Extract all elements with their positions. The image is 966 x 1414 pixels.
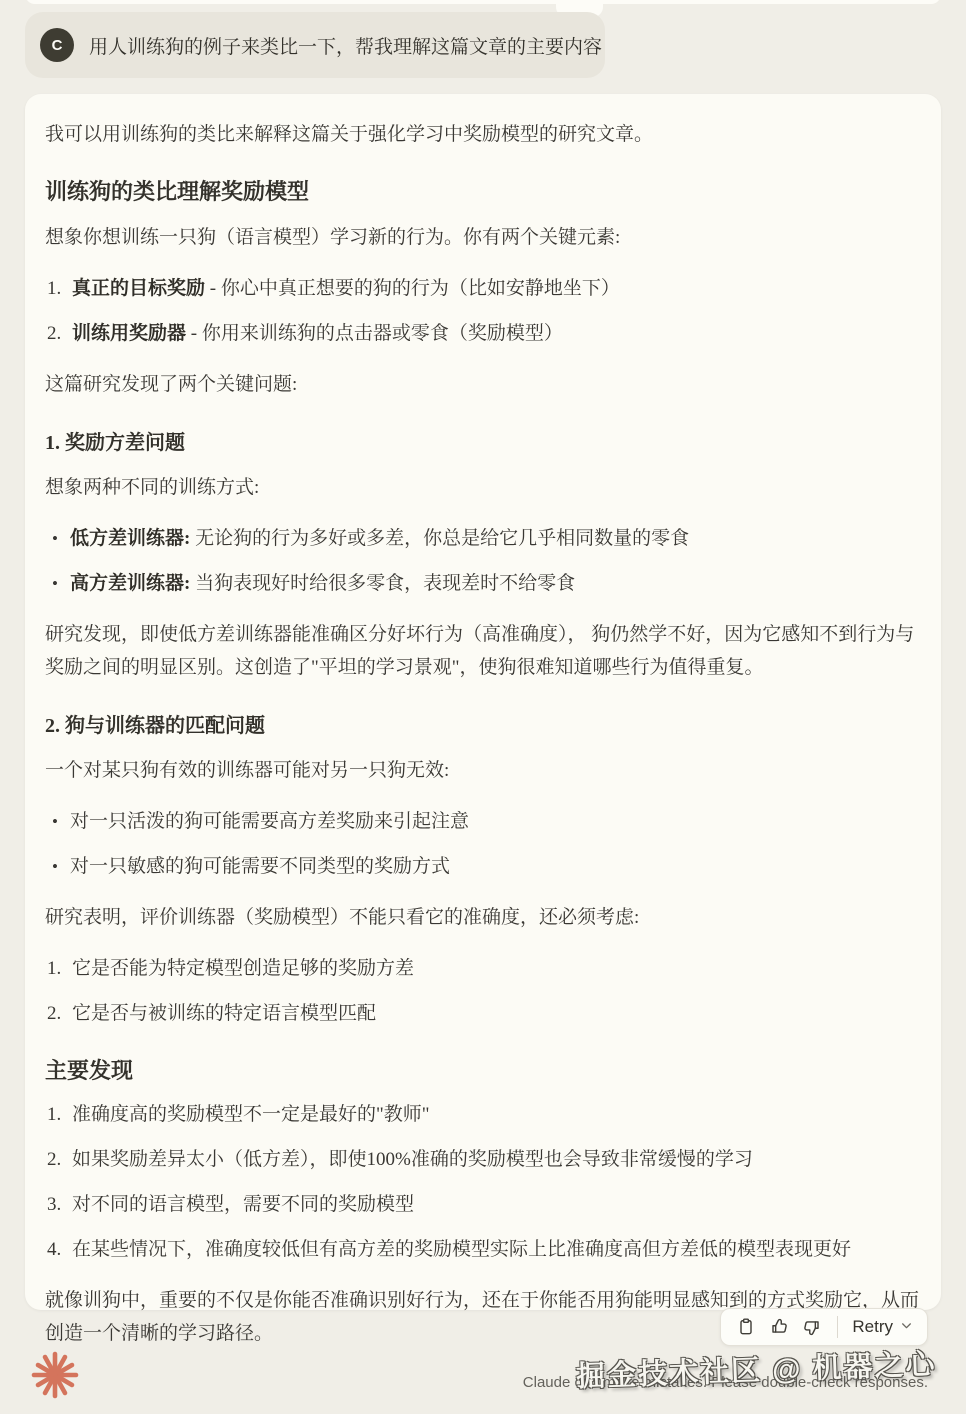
user-message-bubble: C 用人训练狗的例子来类比一下，帮我理解这篇文章的主要内容: [25, 12, 605, 78]
chevron-down-icon: [900, 1317, 913, 1337]
bullet-label: 低方差训练器:: [70, 528, 190, 549]
problem2-heading: 2. 狗与训练器的匹配问题: [45, 712, 921, 740]
list-item: 在某些情况下，准确度较低但有高方差的奖励模型实际上比准确度高但方差低的模型表现更…: [45, 1233, 921, 1266]
list-item: 训练用奖励器 - 你用来训练狗的点击器或零食（奖励模型）: [45, 317, 921, 350]
clipboard-copy-icon: [736, 1317, 756, 1337]
analogy-heading: 训练狗的类比理解奖励模型: [45, 177, 921, 207]
thumbs-down-icon: [802, 1317, 822, 1337]
findings-heading: 主要发现: [45, 1056, 921, 1086]
problem1-heading: 1. 奖励方差问题: [45, 429, 921, 457]
criteria-text: 它是否与被训练的特定语言模型匹配: [72, 1003, 376, 1024]
problem1-paragraph: 研究发现，即使低方差训练器能准确区分好坏行为（高准确度）， 狗仍然学不好，因为它…: [45, 618, 921, 684]
analogy-lead: 想象你想训练一只狗（语言模型）学习新的行为。你有两个关键元素:: [45, 221, 921, 254]
problem1-lead: 想象两种不同的训练方式:: [45, 471, 921, 504]
user-message-text: 用人训练狗的例子来类比一下，帮我理解这篇文章的主要内容: [89, 32, 602, 59]
findings-list: 准确度高的奖励模型不一定是最好的"教师" 如果奖励差异太小（低方差），即使100…: [45, 1098, 921, 1266]
analogy-followup: 这篇研究发现了两个关键问题:: [45, 368, 921, 401]
thumbs-up-button[interactable]: [764, 1312, 794, 1342]
element-label: 训练用奖励器: [72, 323, 186, 344]
user-avatar-letter: C: [52, 37, 63, 54]
previous-card-bottom-edge: [25, 0, 941, 4]
bullet-text: 当狗表现好时给很多零食，表现差时不给零食: [190, 573, 575, 594]
toolbar-divider: [837, 1316, 838, 1338]
element-label: 真正的目标奖励: [72, 278, 205, 299]
bullet-text: 对一只敏感的狗可能需要不同类型的奖励方式: [70, 856, 450, 877]
bullet-text: 对一只活泼的狗可能需要高方差奖励来引起注意: [70, 811, 469, 832]
list-item: 真正的目标奖励 - 你心中真正想要的狗的行为（比如安静地坐下）: [45, 272, 921, 305]
retry-label: Retry: [852, 1317, 893, 1337]
list-item: 它是否能为特定模型创造足够的奖励方差: [45, 952, 921, 985]
element-text: - 你心中真正想要的狗的行为（比如安静地坐下）: [205, 278, 620, 299]
intro-paragraph: 我可以用训练狗的类比来解释这篇关于强化学习中奖励模型的研究文章。: [45, 118, 921, 151]
bullet-label: 高方差训练器:: [70, 573, 190, 594]
list-item: 准确度高的奖励模型不一定是最好的"教师": [45, 1098, 921, 1131]
user-message-row: C 用人训练狗的例子来类比一下，帮我理解这篇文章的主要内容: [25, 12, 605, 78]
finding-text: 如果奖励差异太小（低方差），即使100%准确的奖励模型也会导致非常缓慢的学习: [72, 1149, 753, 1170]
criteria-list: 它是否能为特定模型创造足够的奖励方差 它是否与被训练的特定语言模型匹配: [45, 952, 921, 1030]
thumbs-down-button[interactable]: [797, 1312, 827, 1342]
element-text: - 你用来训练狗的点击器或零食（奖励模型）: [186, 323, 563, 344]
thumbs-up-icon: [769, 1317, 789, 1337]
bullet-text: 无论狗的行为多好或多差，你总是给它几乎相同数量的零食: [190, 528, 689, 549]
problem1-bullets: 低方差训练器: 无论狗的行为多好或多差，你总是给它几乎相同数量的零食 高方差训练…: [45, 522, 921, 600]
claude-logo: [28, 1348, 82, 1407]
criteria-text: 它是否能为特定模型创造足够的奖励方差: [72, 958, 414, 979]
list-item: 如果奖励差异太小（低方差），即使100%准确的奖励模型也会导致非常缓慢的学习: [45, 1143, 921, 1176]
finding-text: 在某些情况下，准确度较低但有高方差的奖励模型实际上比准确度高但方差低的模型表现更…: [72, 1239, 851, 1260]
retry-button[interactable]: Retry: [848, 1313, 917, 1341]
list-item: 高方差训练器: 当狗表现好时给很多零食，表现差时不给零食: [45, 567, 921, 600]
finding-text: 对不同的语言模型，需要不同的奖励模型: [72, 1194, 414, 1215]
list-item: 低方差训练器: 无论狗的行为多好或多差，你总是给它几乎相同数量的零食: [45, 522, 921, 555]
list-item: 对一只活泼的狗可能需要高方差奖励来引起注意: [45, 805, 921, 838]
assistant-response-card: 我可以用训练狗的类比来解释这篇关于强化学习中奖励模型的研究文章。 训练狗的类比理…: [25, 94, 941, 1310]
list-item: 对不同的语言模型，需要不同的奖励模型: [45, 1188, 921, 1221]
analogy-elements-list: 真正的目标奖励 - 你心中真正想要的狗的行为（比如安静地坐下） 训练用奖励器 -…: [45, 272, 921, 350]
list-item: 对一只敏感的狗可能需要不同类型的奖励方式: [45, 850, 921, 883]
chat-page: { "user_message": { "avatar_letter": "C"…: [0, 0, 966, 1414]
finding-text: 准确度高的奖励模型不一定是最好的"教师": [72, 1104, 430, 1125]
problem2-lead: 一个对某只狗有效的训练器可能对另一只狗无效:: [45, 754, 921, 787]
problem2-paragraph: 研究表明，评价训练器（奖励模型）不能只看它的准确度，还必须考虑:: [45, 901, 921, 934]
problem2-bullets: 对一只活泼的狗可能需要高方差奖励来引起注意 对一只敏感的狗可能需要不同类型的奖励…: [45, 805, 921, 883]
copy-button[interactable]: [731, 1312, 761, 1342]
list-item: 它是否与被训练的特定语言模型匹配: [45, 997, 921, 1030]
response-toolbar: Retry: [720, 1308, 928, 1346]
user-avatar: C: [40, 28, 74, 62]
